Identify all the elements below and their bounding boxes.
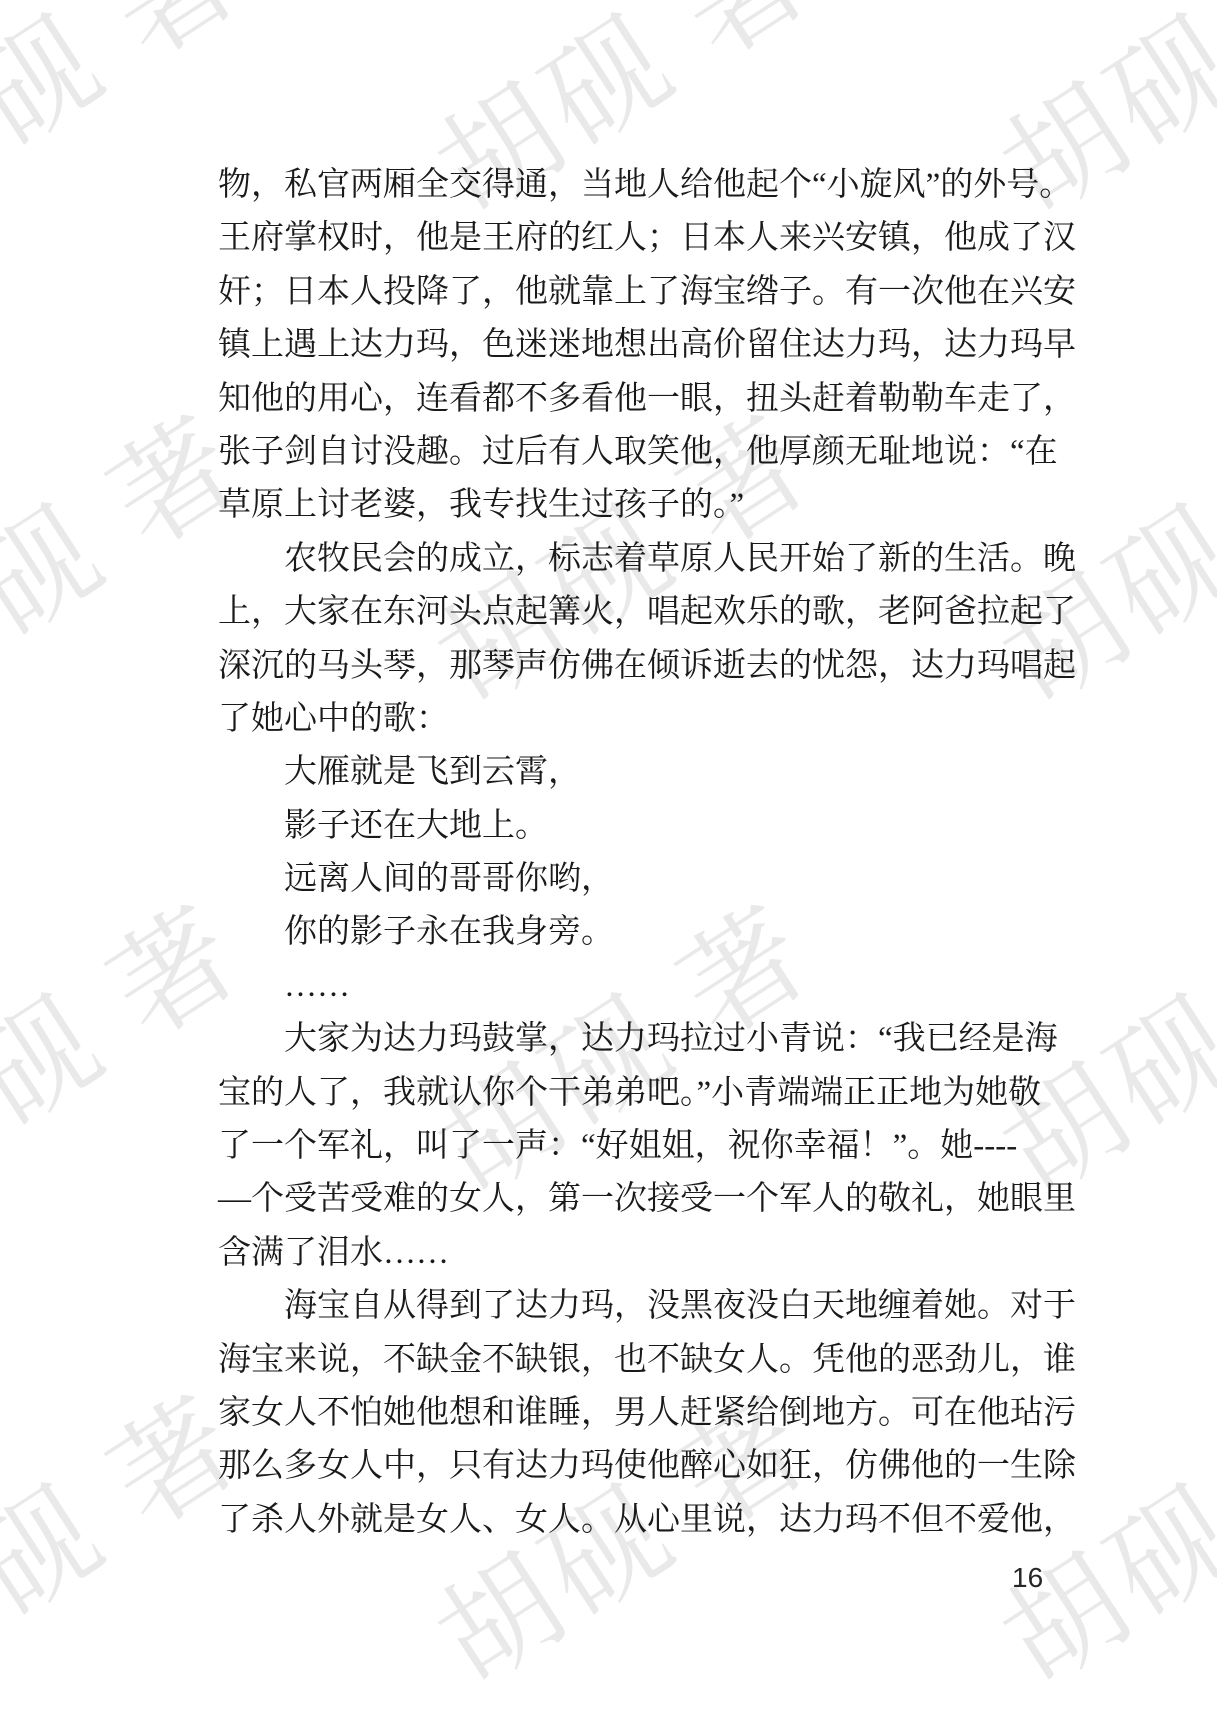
text-line: 那么多女人中，只有达力玛使他醉心如狂，仿佛他的一生除: [218, 1440, 1074, 1493]
text-line: 上，大家在东河头点起篝火，唱起欢乐的歌，老阿爸拉起了: [218, 586, 1074, 639]
text-line: 王府掌权时，他是王府的红人；日本人来兴安镇，他成了汉: [218, 212, 1074, 265]
text-line: 海宝来说，不缺金不缺银，也不缺女人。凭他的恶劲儿，谁: [218, 1334, 1074, 1387]
text-line: 镇上遇上达力玛，色迷迷地想出高价留住达力玛，达力玛早: [218, 319, 1074, 372]
text-line: 影子还在大地上。: [218, 800, 1074, 853]
text-line: 你的影子永在我身旁。: [218, 906, 1074, 959]
text-line: 物，私官两厢全交得通，当地人给他起个“小旋风”的外号。: [218, 159, 1074, 212]
text-line: 了她心中的歌：: [218, 693, 1074, 746]
text-line: 知他的用心，连看都不多看他一眼，扭头赶着勒勒车走了，: [218, 373, 1074, 426]
text-line: 草原上讨老婆，我专找生过孩子的。”: [218, 479, 1074, 532]
text-line: ……: [218, 960, 1074, 1013]
text-line: 了一个军礼，叫了一声：“好姐姐，祝你幸福！”。她----: [218, 1120, 1074, 1173]
text-line: 远离人间的哥哥你哟，: [218, 853, 1074, 906]
text-line: 大雁就是飞到云霄，: [218, 746, 1074, 799]
text-line: 海宝自从得到了达力玛，没黑夜没白天地缠着她。对于: [218, 1280, 1074, 1333]
text-line: 宝的人了，我就认你个干弟弟吧。”小青端端正正地为她敬: [218, 1067, 1074, 1120]
text-line: 含满了泪水……: [218, 1227, 1074, 1280]
text-line: 了杀人外就是女人、女人。从心里说，达力玛不但不爱他，: [218, 1494, 1074, 1547]
text-line: 家女人不怕她他想和谁睡，男人赶紧给倒地方。可在他玷污: [218, 1387, 1074, 1440]
text-line: —个受苦受难的女人，第一次接受一个军人的敬礼，她眼里: [218, 1173, 1074, 1226]
page-text: 物，私官两厢全交得通，当地人给他起个“小旋风”的外号。王府掌权时，他是王府的红人…: [218, 159, 1074, 1547]
text-line: 奸；日本人投降了，他就靠上了海宝绺子。有一次他在兴安: [218, 266, 1074, 319]
document-page: 胡砚 著胡砚 著胡砚 著胡砚 著胡砚 著胡砚 著胡砚 著胡砚 著胡砚 著胡砚 著…: [0, 0, 1217, 1723]
page-number: 16: [1012, 1562, 1043, 1594]
text-line: 农牧民会的成立，标志着草原人民开始了新的生活。晚: [218, 533, 1074, 586]
text-line: 大家为达力玛鼓掌，达力玛拉过小青说：“我已经是海: [218, 1013, 1074, 1066]
text-line: 张子剑自讨没趣。过后有人取笑他，他厚颜无耻地说：“在: [218, 426, 1074, 479]
text-line: 深沉的马头琴，那琴声仿佛在倾诉逝去的忧怨，达力玛唱起: [218, 640, 1074, 693]
